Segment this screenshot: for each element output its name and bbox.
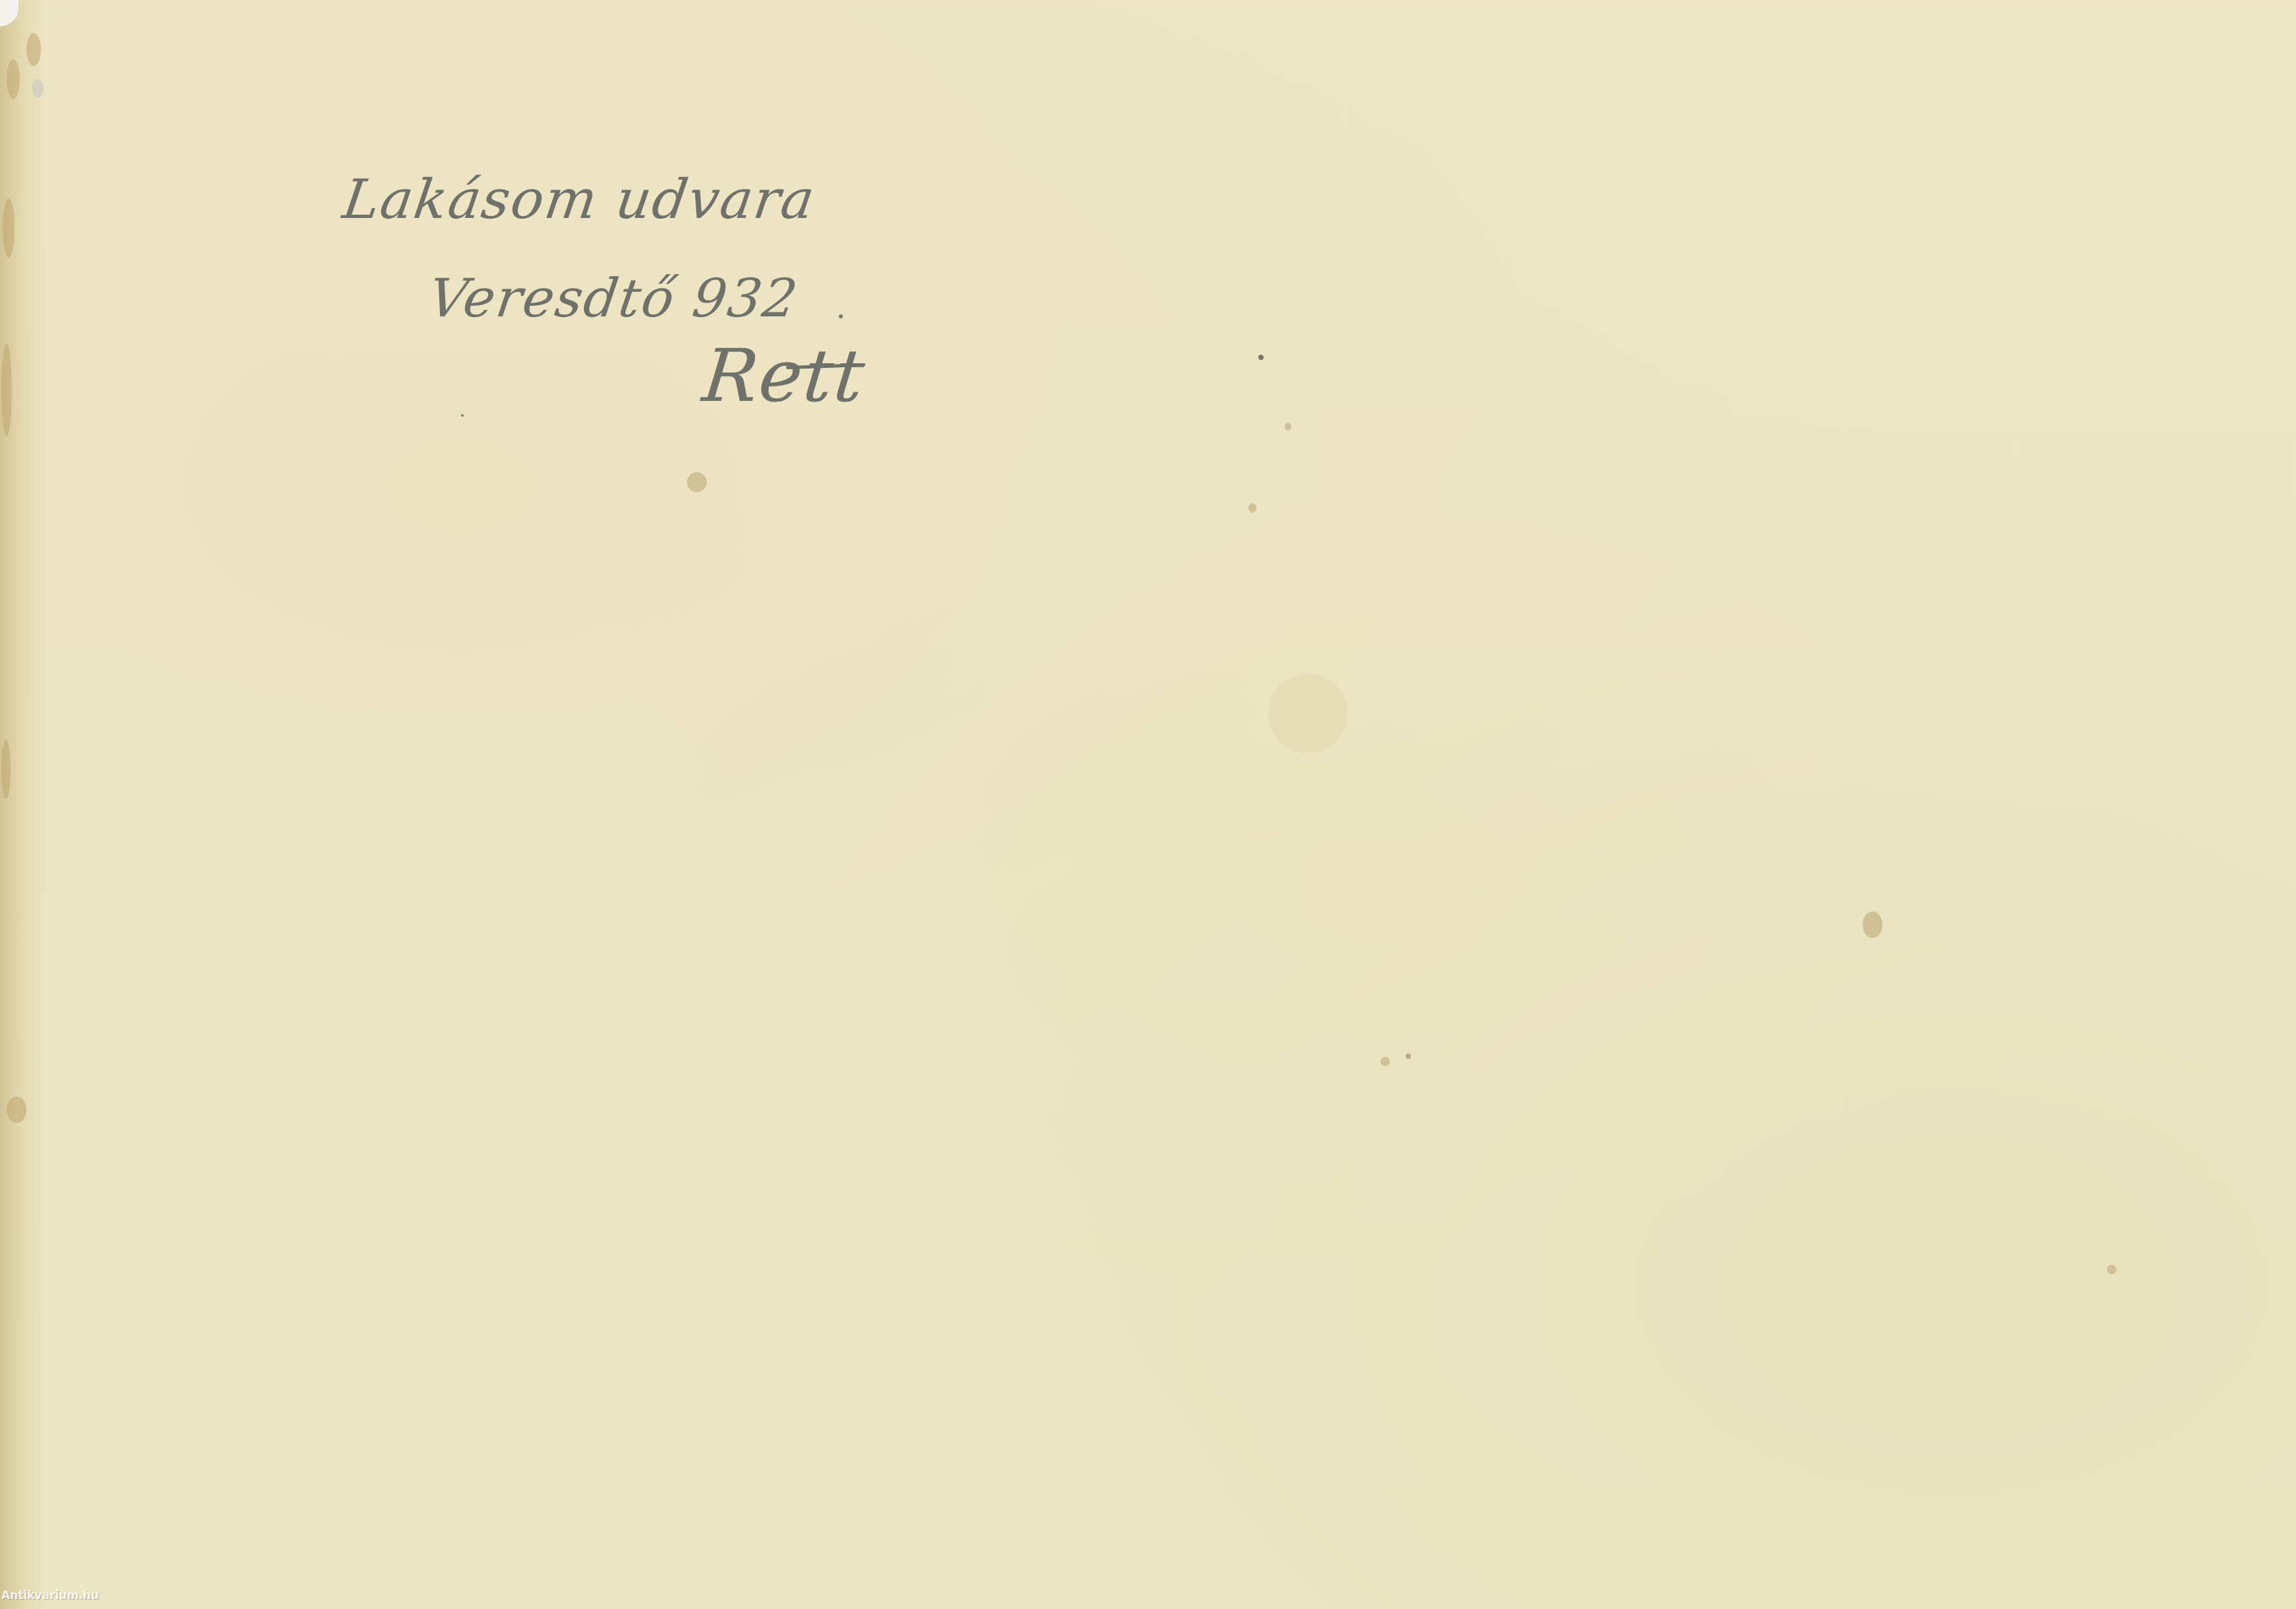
handwritten-caption: Lakásom udvara bbox=[339, 168, 819, 231]
edge-stain bbox=[7, 1096, 26, 1123]
edge-stain bbox=[32, 79, 44, 98]
paper-sheet: Lakásom udvara Veresdtő 932 Rett Antikva… bbox=[0, 0, 2296, 1609]
edge-stain bbox=[3, 198, 15, 258]
speck bbox=[461, 414, 464, 417]
speck bbox=[1406, 1054, 1411, 1059]
foxing-spot bbox=[1381, 1057, 1390, 1066]
edge-stain bbox=[26, 33, 41, 66]
foxing-spot bbox=[2107, 1265, 2116, 1274]
edge-stain bbox=[1, 343, 12, 436]
foxing-spot bbox=[1863, 912, 1883, 938]
speck bbox=[839, 314, 843, 318]
handwritten-signature: Rett bbox=[699, 334, 869, 418]
foxing-spot bbox=[1268, 674, 1347, 753]
foxing-spot bbox=[687, 472, 707, 492]
edge-stain bbox=[1, 740, 11, 799]
speck bbox=[1258, 355, 1264, 360]
foxing-spot bbox=[1285, 423, 1291, 431]
handwritten-place-date: Veresdtő 932 bbox=[425, 268, 802, 329]
watermark: Antikvarium.hu bbox=[1, 1589, 99, 1602]
edge-stain bbox=[7, 59, 20, 99]
foxing-spot bbox=[1248, 503, 1256, 513]
